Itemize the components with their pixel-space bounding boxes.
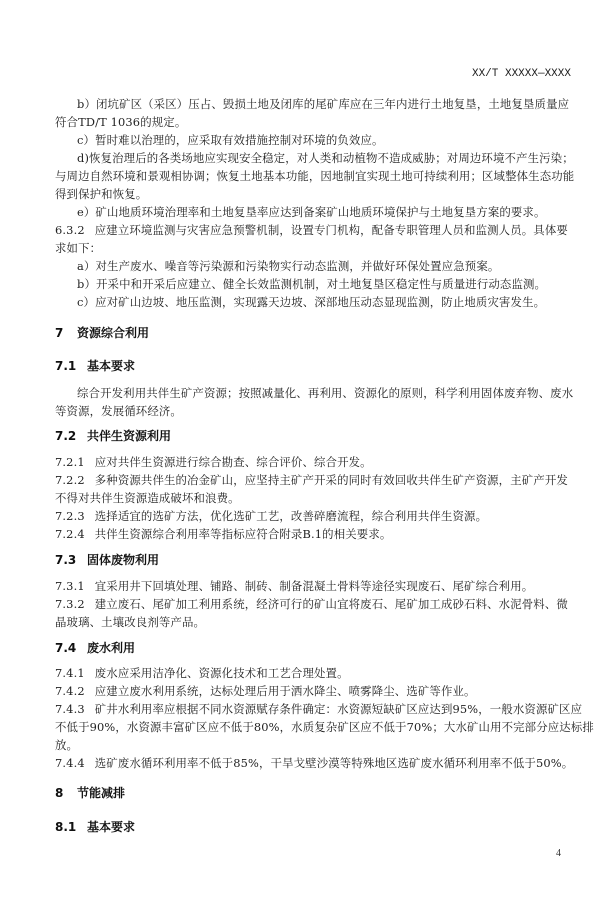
clause-7-2-4: 7.2.4共伴生资源综合利用率等指标应符合附录B.1的相关要求。 xyxy=(55,525,571,543)
clause-6-3-2: 6.3.2应建立环境监测与灾害应急预警机制，设置专门机构，配备专职管理人员和监测… xyxy=(55,221,571,239)
section-7-3-heading: 7.3固体废物利用 xyxy=(55,551,159,569)
clause-number: 7.4.2 xyxy=(55,682,85,700)
item-e: e）矿山地质环境治理率和土地复垦率应达到备案矿山地质环境保护与土地复垦方案的要求… xyxy=(77,203,571,221)
clause-7-2-2: 7.2.2多种资源共伴生的冶金矿山，应坚持主矿产开采的同时有效回收共伴生矿产资源… xyxy=(55,471,571,489)
section-number: 7.1 xyxy=(55,357,83,375)
section-title: 共伴生资源利用 xyxy=(87,429,171,443)
clause-7-4-3: 7.4.3矿井水利用率应根据不同水资源赋存条件确定：水资源短缺矿区应达到95%，… xyxy=(55,700,571,718)
section-title: 基本要求 xyxy=(87,359,135,373)
document-code-header: XX/T XXXXX—XXXX xyxy=(472,68,571,80)
item-c: c）暂时难以治理的，应采取有效措施控制对环境的负效应。 xyxy=(77,131,571,149)
section-8-heading: 8节能减排 xyxy=(55,784,125,802)
item-b-line1: b）闭坑矿区（采区）压占、毁损土地及闭库的尾矿库应在三年内进行土地复垦，土地复垦… xyxy=(77,95,571,113)
clause-text: 多种资源共伴生的冶金矿山，应坚持主矿产开采的同时有效回收共伴生矿产资源，主矿产开… xyxy=(95,473,568,487)
section-7-2-heading: 7.2共伴生资源利用 xyxy=(55,427,171,445)
clause-6-3-2-cont: 求如下： xyxy=(55,239,571,257)
clause-7-2-3: 7.2.3选择适宜的选矿方法，优化选矿工艺，改善碎磨流程，综合利用共伴生资源。 xyxy=(55,507,571,525)
clause-7-2-2-cont: 不得对共伴生资源造成破坏和浪费。 xyxy=(55,489,571,507)
clause-text: 选矿废水循环利用率不低于85%，干旱戈壁沙漠等特殊地区选矿废水循环利用率不低于5… xyxy=(95,756,574,770)
section-number: 7.2 xyxy=(55,427,83,445)
section-8-1-heading: 8.1基本要求 xyxy=(55,818,135,836)
item-d-line1: d)恢复治理后的各类场地应实现安全稳定，对人类和动植物不造成威胁；对周边环境不产… xyxy=(77,149,571,167)
monitor-item-b: b）开采中和开采后应建立、健全长效监测机制，对土地复垦区稳定性与质量进行动态监测… xyxy=(77,275,571,293)
section-number: 8 xyxy=(55,784,73,802)
item-d-line3: 得到保护和恢复。 xyxy=(55,185,571,203)
clause-7-4-2: 7.4.2应建立废水利用系统，达标处理后用于洒水降尘、喷雾降尘、选矿等作业。 xyxy=(55,682,571,700)
clause-7-4-3-cont2: 放。 xyxy=(55,736,571,754)
clause-text: 建立废石、尾矿加工利用系统，经济可行的矿山宜将废石、尾矿加工成砂石料、水泥骨料、… xyxy=(95,597,568,611)
section-number: 7 xyxy=(55,324,73,342)
section-number: 8.1 xyxy=(55,818,83,836)
section-7-heading: 7资源综合利用 xyxy=(55,324,149,342)
clause-number: 6.3.2 xyxy=(55,221,85,239)
section-title: 固体废物利用 xyxy=(87,553,159,567)
section-number: 7.3 xyxy=(55,551,83,569)
section-7-1-para-line1: 综合开发利用共伴生矿产资源；按照减量化、再利用、资源化的原则，科学利用固体废弃物… xyxy=(77,384,571,402)
page-number: 4 xyxy=(556,848,561,859)
section-7-1-para-line2: 等资源，发展循环经济。 xyxy=(55,402,571,420)
clause-number: 7.3.2 xyxy=(55,595,85,613)
clause-text: 选择适宜的选矿方法，优化选矿工艺，改善碎磨流程，综合利用共伴生资源。 xyxy=(95,509,487,523)
clause-text: 应建立废水利用系统，达标处理后用于洒水降尘、喷雾降尘、选矿等作业。 xyxy=(95,684,476,698)
clause-number: 7.2.2 xyxy=(55,471,85,489)
section-7-1-heading: 7.1基本要求 xyxy=(55,357,135,375)
clause-text: 共伴生资源综合利用率等指标应符合附录B.1的相关要求。 xyxy=(95,527,392,541)
clause-number: 7.4.3 xyxy=(55,700,85,718)
item-d-line2: 与周边自然环境和景观相协调；恢复土地基本功能，因地制宜实现土地可持续利用；区域整… xyxy=(55,167,571,185)
section-title: 基本要求 xyxy=(87,820,135,834)
clause-number: 7.4.1 xyxy=(55,664,85,682)
clause-text: 应对共伴生资源进行综合勘查、综合评价、综合开发。 xyxy=(95,455,372,469)
clause-7-4-1: 7.4.1废水应采用洁净化、资源化技术和工艺合理处置。 xyxy=(55,664,571,682)
clause-number: 7.2.1 xyxy=(55,453,85,471)
clause-7-4-4: 7.4.4选矿废水循环利用率不低于85%，干旱戈壁沙漠等特殊地区选矿废水循环利用… xyxy=(55,754,571,772)
section-title: 废水利用 xyxy=(87,641,135,655)
clause-7-2-1: 7.2.1应对共伴生资源进行综合勘查、综合评价、综合开发。 xyxy=(55,453,571,471)
clause-number: 7.3.1 xyxy=(55,577,85,595)
item-b-line2: 符合TD/T 1036的规定。 xyxy=(55,113,571,131)
section-number: 7.4 xyxy=(55,639,83,657)
section-7-4-heading: 7.4废水利用 xyxy=(55,639,135,657)
clause-7-3-2: 7.3.2建立废石、尾矿加工利用系统，经济可行的矿山宜将废石、尾矿加工成砂石料、… xyxy=(55,595,571,613)
clause-number: 7.4.4 xyxy=(55,754,85,772)
monitor-item-a: a）对生产废水、噪音等污染源和污染物实行动态监测，并做好环保处置应急预案。 xyxy=(77,257,571,275)
clause-text: 应建立环境监测与灾害应急预警机制，设置专门机构，配备专职管理人员和监测人员。具体… xyxy=(95,223,568,237)
monitor-item-c: c）应对矿山边坡、地压监测，实现露天边坡、深部地压动态显现监测，防止地质灾害发生… xyxy=(77,293,571,311)
section-title: 资源综合利用 xyxy=(77,326,149,340)
clause-7-3-2-cont: 晶玻璃、土壤改良剂等产品。 xyxy=(55,613,571,631)
section-title: 节能减排 xyxy=(77,786,125,800)
clause-number: 7.2.3 xyxy=(55,507,85,525)
clause-text: 矿井水利用率应根据不同水资源赋存条件确定：水资源短缺矿区应达到95%，一般水资源… xyxy=(95,702,582,716)
clause-7-4-3-cont1: 不低于90%，水资源丰富矿区应不低于80%，水质复杂矿区应不低于70%；大水矿山… xyxy=(55,718,571,736)
clause-7-3-1: 7.3.1宜采用井下回填处理、铺路、制砖、制备混凝土骨料等途径实现废石、尾矿综合… xyxy=(55,577,571,595)
clause-text: 宜采用井下回填处理、铺路、制砖、制备混凝土骨料等途径实现废石、尾矿综合利用。 xyxy=(95,579,534,593)
clause-number: 7.2.4 xyxy=(55,525,85,543)
clause-text: 废水应采用洁净化、资源化技术和工艺合理处置。 xyxy=(95,666,349,680)
